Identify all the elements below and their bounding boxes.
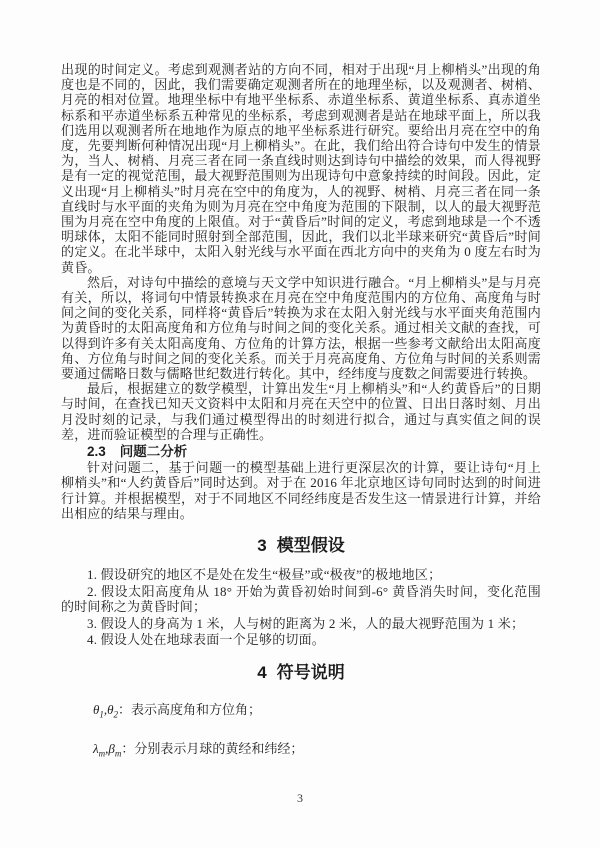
symbol-definition-theta: θ1,θ2：表示高度角和方位角； — [61, 702, 541, 723]
assumption-item-4: 4. 假设人处在地球表面一个足够的切面。 — [61, 632, 541, 647]
paper-page: 出现的时间定义。考虑到观测者站的方向不同，相对于出现“月上柳梢头”出现的角度也是… — [0, 0, 600, 848]
section-number: 4 — [257, 663, 266, 682]
section-heading-2-3: 2.3问题二分析 — [61, 444, 541, 459]
symbol-definition-lambda-beta: λm,βm：分别表示月球的黄经和纬经； — [61, 741, 541, 762]
section-heading-3: 3模型假设 — [61, 536, 541, 556]
section-title: 模型假设 — [277, 536, 345, 555]
section-title: 符号说明 — [277, 663, 345, 682]
assumption-item-3: 3. 假设人的身高为 1 米，人与树的距离为 2 米，人的最大视野范围为 1 米… — [61, 616, 541, 631]
assumption-item-1: 1. 假设研究的地区不是处在发生“极昼”或“极夜”的极地地区； — [61, 567, 541, 582]
symbol-description: ：分别表示月球的黄经和纬经； — [121, 741, 303, 756]
paragraph-then: 然后，对诗句中描绘的意境与天文学中知识进行融合。“月上柳梢头”是与月亮有关，所以… — [61, 275, 541, 381]
paragraph-finally: 最后，根据建立的数学模型，计算出发生“月上柳梢头”和“人约黄昏后”的日期与时间，… — [61, 381, 541, 442]
paragraph-problem2: 针对问题二，基于问题一的模型基础上进行更深层次的计算，要让诗句“月上柳梢头”和“… — [61, 460, 541, 521]
symbol-description: ：表示高度角和方位角； — [118, 702, 261, 717]
section-number: 3 — [257, 536, 266, 555]
assumption-item-2: 2. 假设太阳高度角从 18° 开始为黄昏初始时间到-6° 黄昏消失时间，变化范… — [61, 584, 541, 614]
page-number: 3 — [0, 791, 600, 806]
paragraph-continuation: 出现的时间定义。考虑到观测者站的方向不同，相对于出现“月上柳梢头”出现的角度也是… — [61, 62, 541, 275]
section-title: 问题二分析 — [120, 444, 188, 459]
section-number: 2.3 — [87, 444, 106, 459]
section-heading-4: 4符号说明 — [61, 663, 541, 683]
page-content: 出现的时间定义。考虑到观测者站的方向不同，相对于出现“月上柳梢头”出现的角度也是… — [61, 62, 541, 762]
